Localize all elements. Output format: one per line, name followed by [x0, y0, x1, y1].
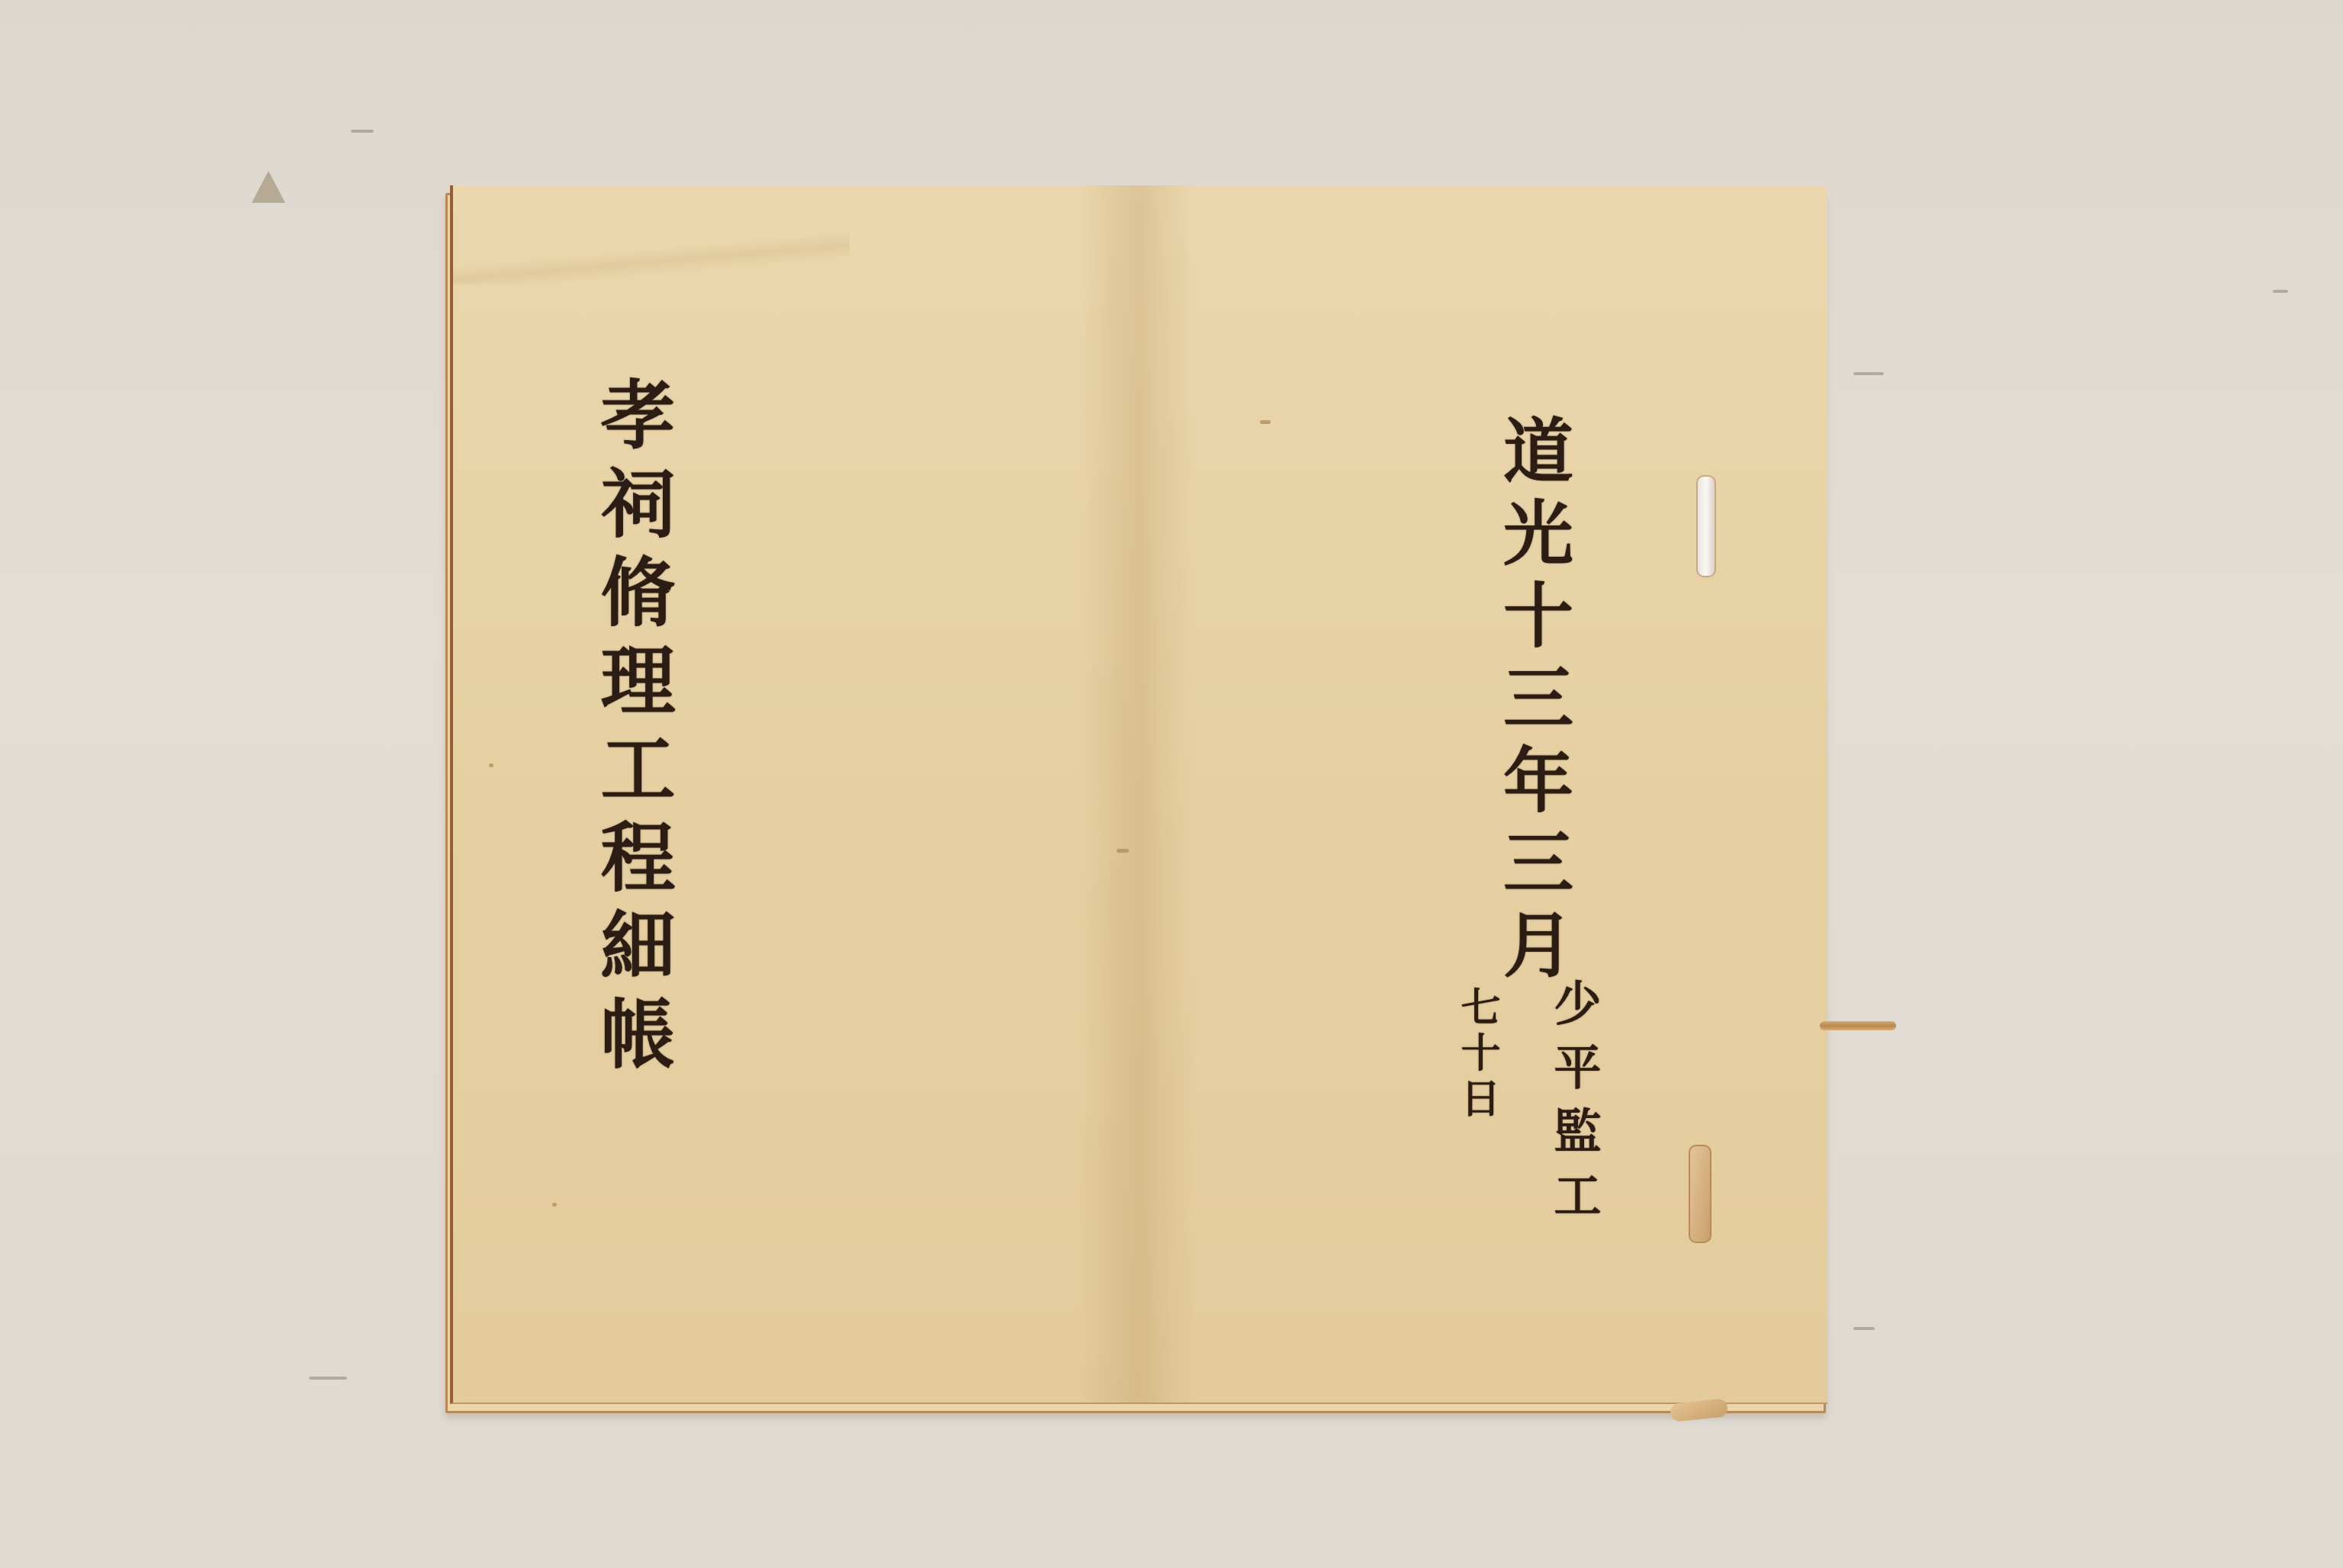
paper-fleck	[1260, 420, 1271, 424]
backdrop-fleck	[309, 1377, 347, 1380]
document-date: 道光十三年三月	[1498, 414, 1568, 991]
backdrop-fleck	[1853, 1327, 1875, 1330]
binding-twine-tail	[1820, 1021, 1896, 1030]
paper-fleck	[552, 1203, 557, 1207]
paper-fleck	[489, 763, 493, 767]
binding-thread-top	[1696, 475, 1716, 577]
paper-fleck	[1117, 849, 1129, 853]
document-title: 孝祠脩理工程細帳	[594, 376, 669, 1084]
cover-page: 孝祠脩理工程細帳 道光十三年三月 七十日 少平監工	[450, 185, 1827, 1404]
backdrop-fleck	[351, 130, 374, 133]
binding-thread-bottom	[1689, 1145, 1711, 1243]
days-note: 七十日	[1448, 986, 1506, 1123]
supervisor-note: 少平監工	[1540, 978, 1608, 1235]
backdrop-fleck	[1853, 372, 1884, 375]
paper-crease	[453, 231, 850, 284]
backdrop-tear-mark	[252, 171, 285, 203]
bound-booklet: 孝祠脩理工程細帳 道光十三年三月 七十日 少平監工	[450, 185, 1824, 1403]
backdrop-fleck	[2273, 290, 2288, 293]
